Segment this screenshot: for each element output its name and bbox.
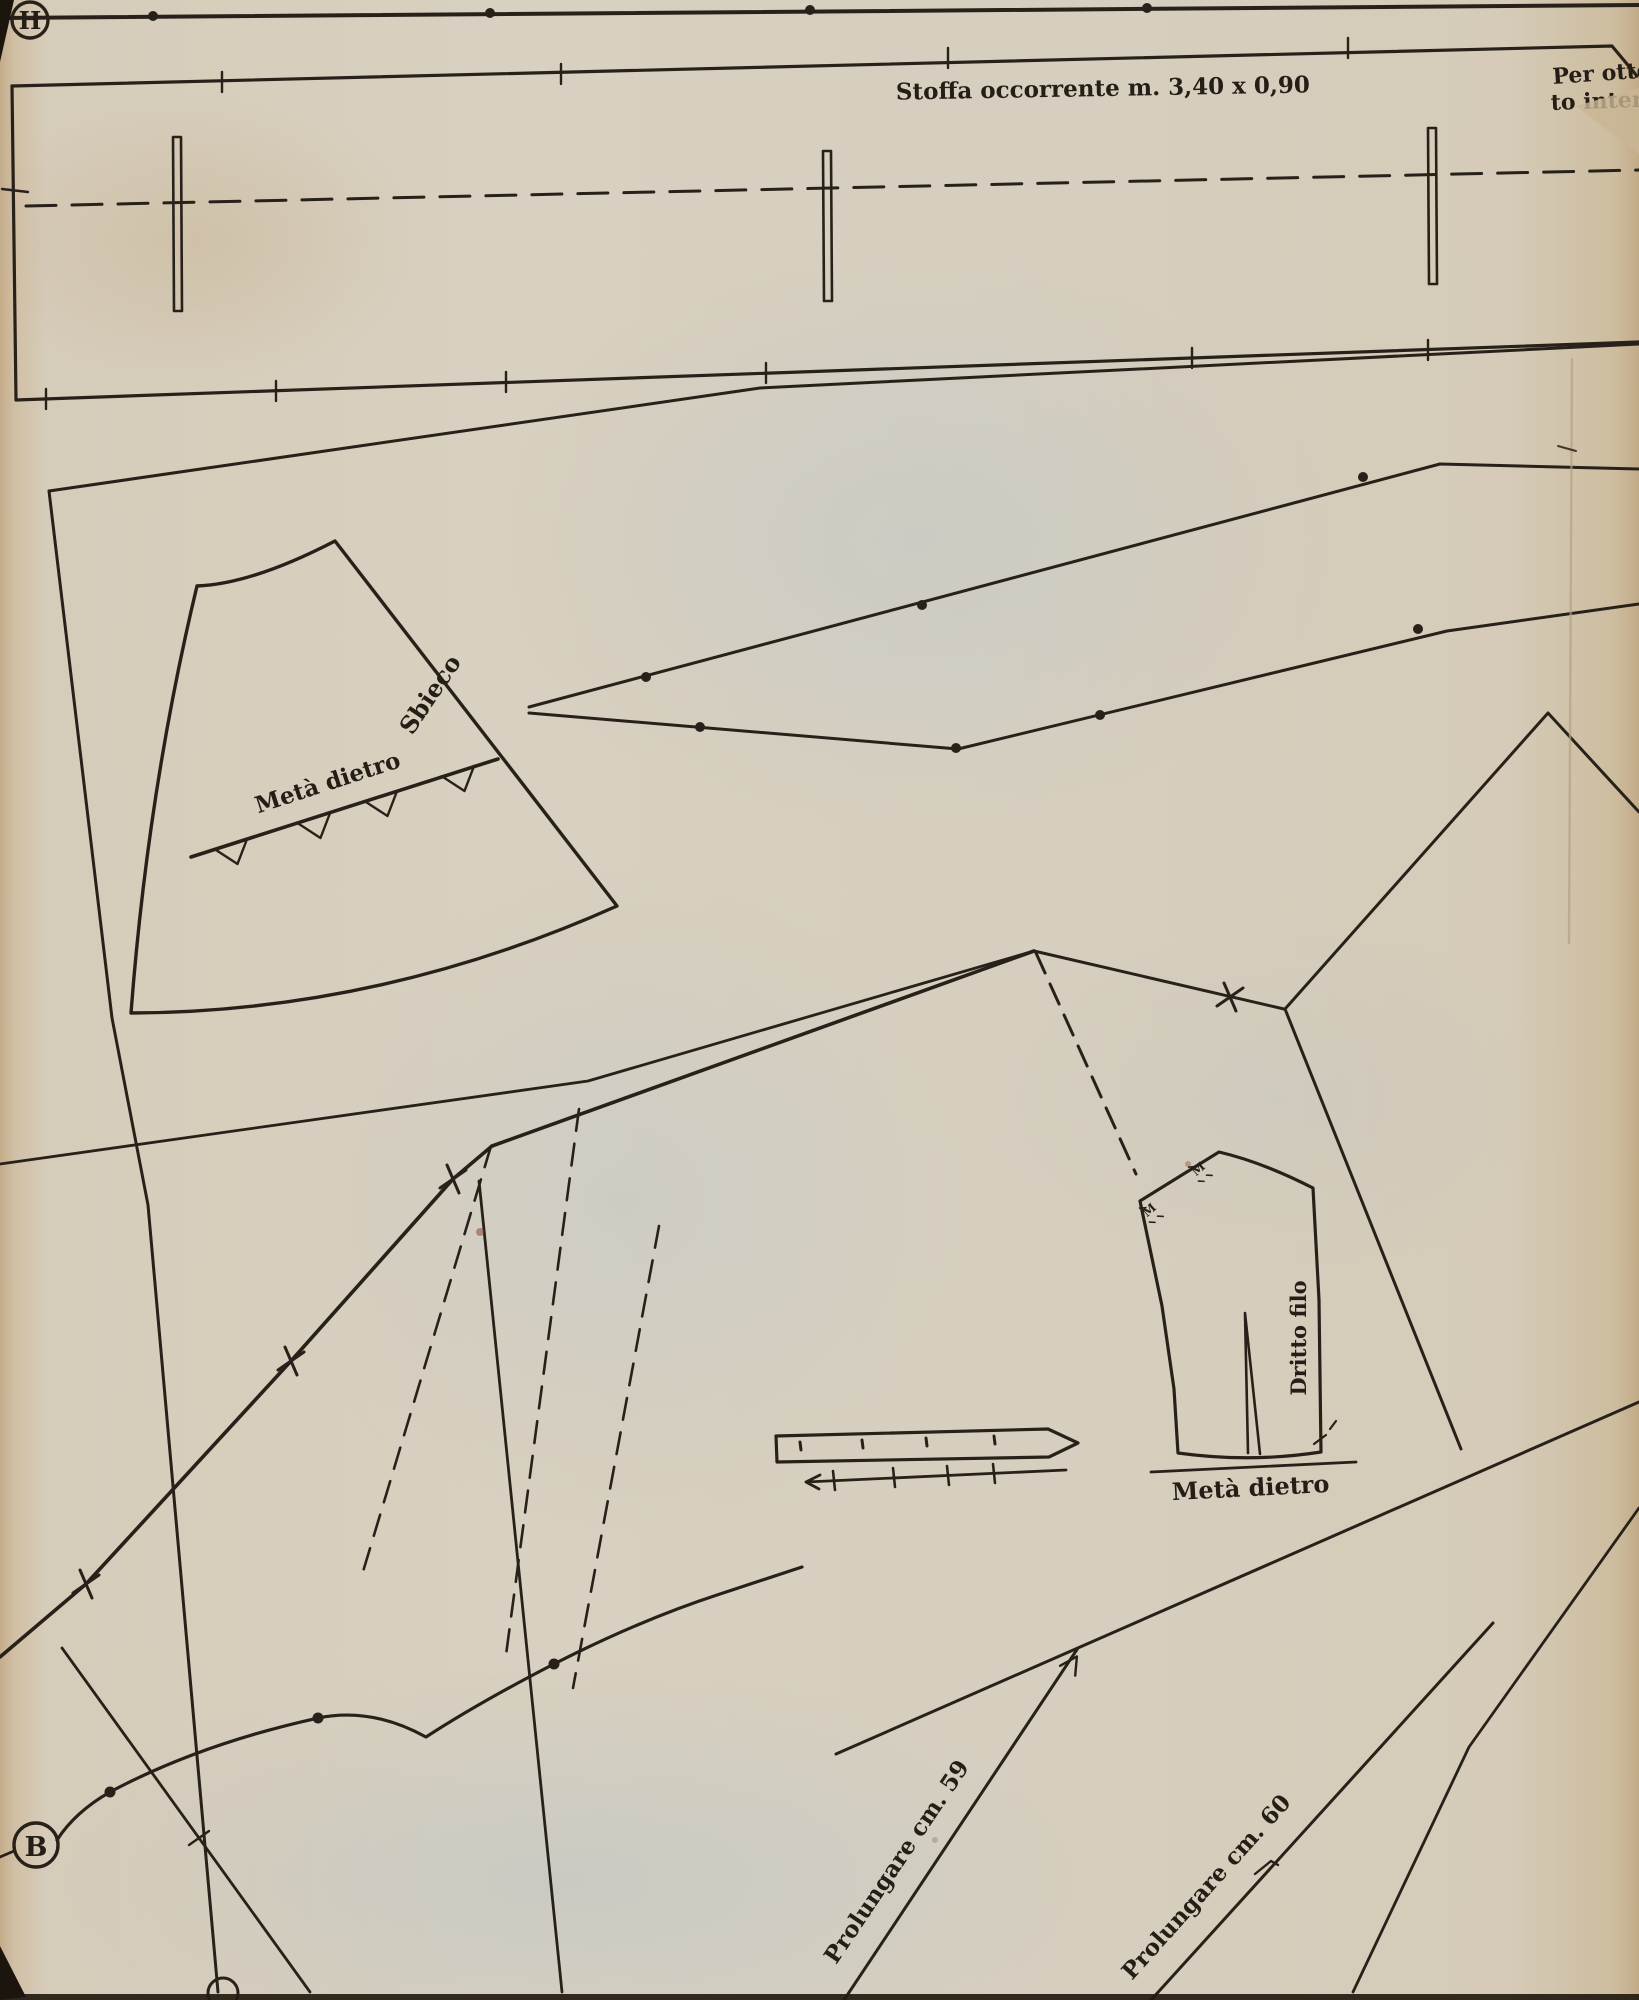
bottom-band: Prolungare cm. 59 Prolungare cm. 60 B (0, 1181, 1639, 2000)
top-rule-dot (1142, 3, 1152, 13)
buttonhole-mark (1428, 128, 1437, 284)
belt-inner-marks (800, 1436, 995, 1450)
paper-artifacts (0, 0, 1639, 2000)
seam-dot (951, 743, 961, 753)
seam-dot (695, 722, 705, 732)
extend-60-label: Prolungare cm. 60 (1116, 1789, 1296, 1985)
peak-right-seam-line (1034, 951, 1284, 1009)
skirt-piece-top-edge (49, 344, 1639, 491)
paper-speck (476, 1228, 484, 1236)
top-rule-dot (485, 8, 495, 18)
fabric-rectangle-bottom-edge (16, 342, 1639, 400)
grainline-label: Dritto filo (1286, 1280, 1311, 1395)
seam-dot (641, 672, 651, 682)
marker-b-stub (0, 1851, 14, 1857)
paper-speck (1185, 1161, 1191, 1167)
skirt-piece-left-edge (49, 491, 218, 1992)
right-piece-outline (1285, 713, 1639, 1449)
belt-measure-line (806, 1470, 1066, 1489)
bias-piece: Sbieco Metà dietro (131, 541, 617, 1013)
fabric-layout-rectangle (2, 38, 1639, 409)
dotted-seam-line-upper (529, 464, 1639, 707)
dashed-style-line (506, 1109, 579, 1655)
fabric-rectangle-top-edge (12, 46, 1637, 86)
steep-seam-line (62, 1648, 310, 1992)
paper-notch (1558, 446, 1576, 451)
dashed-style-line (573, 1226, 659, 1688)
top-rule-line (0, 5, 1639, 18)
bodice-back-piece: M M Dritto filo Metà dietro (1138, 1152, 1356, 1506)
seam-dot (1095, 710, 1105, 720)
extend-60-line (1151, 1623, 1493, 2000)
pattern-sheet-page: H Stoffa occorrente m. 3,40 x 0,90 Per o… (0, 0, 1639, 2000)
bodice-back-fold-label: Metà dietro (1171, 1469, 1330, 1506)
seam-dot (1358, 472, 1368, 482)
top-rule: H (0, 2, 1639, 38)
bodice-dart (1245, 1313, 1260, 1454)
marker-h-label: H (19, 6, 42, 35)
buttonhole-mark (823, 151, 832, 301)
seam-dot (1413, 624, 1423, 634)
fabric-note-text: Stoffa occorrente m. 3,40 x 0,90 (896, 71, 1310, 105)
seam-dot (313, 1713, 324, 1724)
middle-seam-line (0, 951, 1034, 1164)
paper-fold-line (1569, 358, 1572, 944)
seam-dot (917, 600, 927, 610)
fabric-rectangle-left-edge (12, 86, 16, 400)
back-fold-label: Metà dietro (252, 747, 404, 819)
steep-seam-line (479, 1181, 562, 1992)
bottom-right-seam (1353, 1508, 1639, 1992)
clipped-text-line1: Per otte (1552, 57, 1639, 90)
marker-b-label: B (25, 1832, 48, 1863)
bottom-edge-shadow (0, 1994, 1639, 2000)
paper-speck (932, 1837, 938, 1843)
seam-dot (105, 1787, 116, 1798)
top-rule-dot (805, 5, 815, 15)
corner-shadow (0, 1946, 26, 2000)
dotted-seam-lines (529, 464, 1639, 753)
hip-curve-line (57, 1567, 802, 1840)
seam-dot (549, 1659, 560, 1670)
fabric-left-edge-tick (2, 189, 28, 192)
peak-dashed-line (1036, 953, 1136, 1174)
skirt-piece-outline (49, 344, 1639, 1992)
long-diagonal-seam (836, 1402, 1639, 1754)
pattern-sheet-drawing: H Stoffa occorrente m. 3,40 x 0,90 Per o… (0, 0, 1639, 2000)
buttonhole-mark (173, 137, 182, 311)
extend-59-label: Prolungare cm. 59 (819, 1755, 975, 1968)
shoulder-size-mark: M (1187, 1159, 1213, 1185)
belt-piece (776, 1429, 1078, 1490)
x-mark (1217, 983, 1243, 1011)
middle-seam-lines (0, 713, 1639, 1688)
corner-shadow (0, 0, 14, 62)
bodice-hem-tick (1314, 1421, 1336, 1444)
top-rule-dot (148, 11, 158, 21)
